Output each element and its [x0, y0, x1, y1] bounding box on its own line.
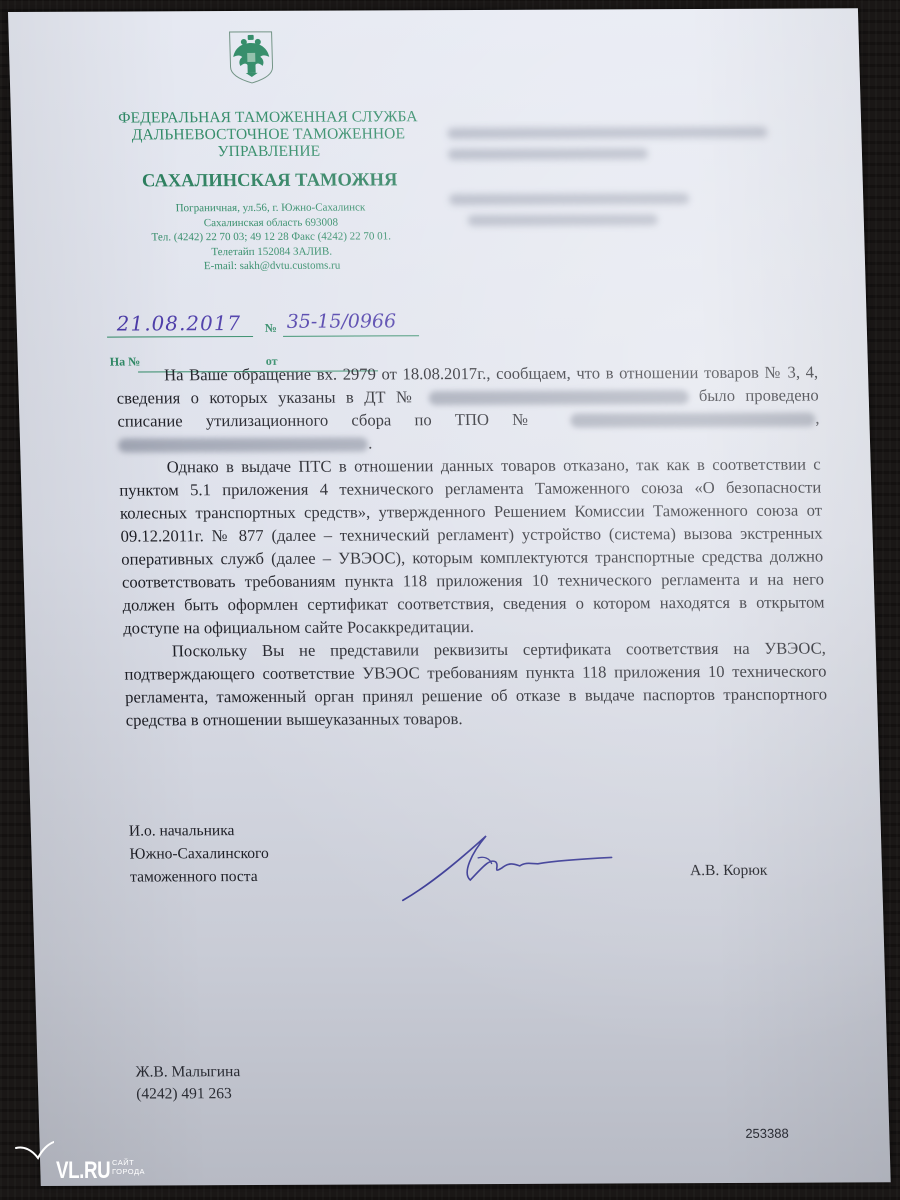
- address-line: Пограничная, ул.56, г. Южно-Сахалинск: [99, 200, 441, 216]
- phone-line: Тел. (4242) 22 70 03; 49 12 28 Факс (424…: [100, 229, 442, 245]
- paragraph-1: На Ваше обращение вх. 2979 от 18.08.2017…: [116, 361, 820, 456]
- site-watermark: VL.RU сайт города: [14, 1140, 144, 1190]
- watermark-logo: VL.RU: [56, 1157, 110, 1185]
- period: .: [368, 433, 373, 452]
- role-line: Южно-Сахалинского: [129, 842, 269, 866]
- address-line: Сахалинская область 693008: [100, 215, 442, 231]
- document-number: 253388: [745, 1126, 789, 1141]
- watermark-tagline: сайт города: [112, 1158, 145, 1176]
- tagline-line: сайт: [112, 1158, 145, 1167]
- outgoing-number: 35-15/0966: [282, 310, 419, 337]
- signatory-name: А.В. Корюк: [690, 862, 768, 880]
- signatory-role: И.о. начальника Южно-Сахалинского таможе…: [129, 819, 270, 889]
- redacted-declaration-number: [428, 390, 688, 405]
- handwritten-signature-icon: [391, 827, 633, 908]
- redacted-line: [447, 127, 767, 139]
- role-line: И.о. начальника: [129, 819, 269, 843]
- paragraph-2: Однако в выдаче ПТС в отношении данных т…: [118, 453, 825, 640]
- letterhead: ФЕДЕРАЛЬНАЯ ТАМОЖЕННАЯ СЛУЖБА ДАЛЬНЕВОСТ…: [97, 108, 444, 274]
- outgoing-date: 21.08.2017: [106, 311, 253, 338]
- redacted-tpo-number: [570, 413, 815, 428]
- redacted-line: [468, 214, 658, 226]
- org-line: ДАЛЬНЕВОСТОЧНОЕ ТАМОЖЕННОЕ: [97, 125, 439, 143]
- letter-body: На Ваше обращение вх. 2979 от 18.08.2017…: [116, 361, 828, 732]
- redacted-tpo-number: [118, 438, 368, 453]
- redacted-line: [449, 193, 689, 205]
- executor-info: Ж.В. Малыгина (4242) 491 263: [135, 1061, 241, 1105]
- role-line: таможенного поста: [130, 865, 270, 889]
- coat-of-arms-icon: [226, 29, 276, 85]
- org-address: Пограничная, ул.56, г. Южно-Сахалинск Са…: [99, 200, 443, 274]
- executor-name: Ж.В. Малыгина: [135, 1061, 240, 1083]
- tagline-line: города: [112, 1167, 145, 1176]
- paragraph-3: Поскольку Вы не представили реквизиты се…: [124, 637, 828, 732]
- number-label: №: [265, 321, 277, 336]
- org-title: САХАЛИНСКАЯ ТАМОЖНЯ: [98, 169, 441, 192]
- executor-phone: (4242) 491 263: [136, 1083, 241, 1105]
- letter-paper: ФЕДЕРАЛЬНАЯ ТАМОЖЕННАЯ СЛУЖБА ДАЛЬНЕВОСТ…: [8, 8, 891, 1186]
- org-line: ФЕДЕРАЛЬНАЯ ТАМОЖЕННАЯ СЛУЖБА: [97, 108, 439, 126]
- checkmark-swoosh-icon: [14, 1140, 54, 1162]
- addressee-redacted: [447, 127, 800, 237]
- teletype-line: Телетайп 152084 ЗАЛИВ.: [101, 244, 443, 260]
- separator: ,: [815, 409, 820, 428]
- org-line: УПРАВЛЕНИЕ: [98, 142, 440, 160]
- email-line: E-mail: sakh@dvtu.customs.ru: [101, 258, 443, 274]
- redacted-line: [448, 148, 648, 160]
